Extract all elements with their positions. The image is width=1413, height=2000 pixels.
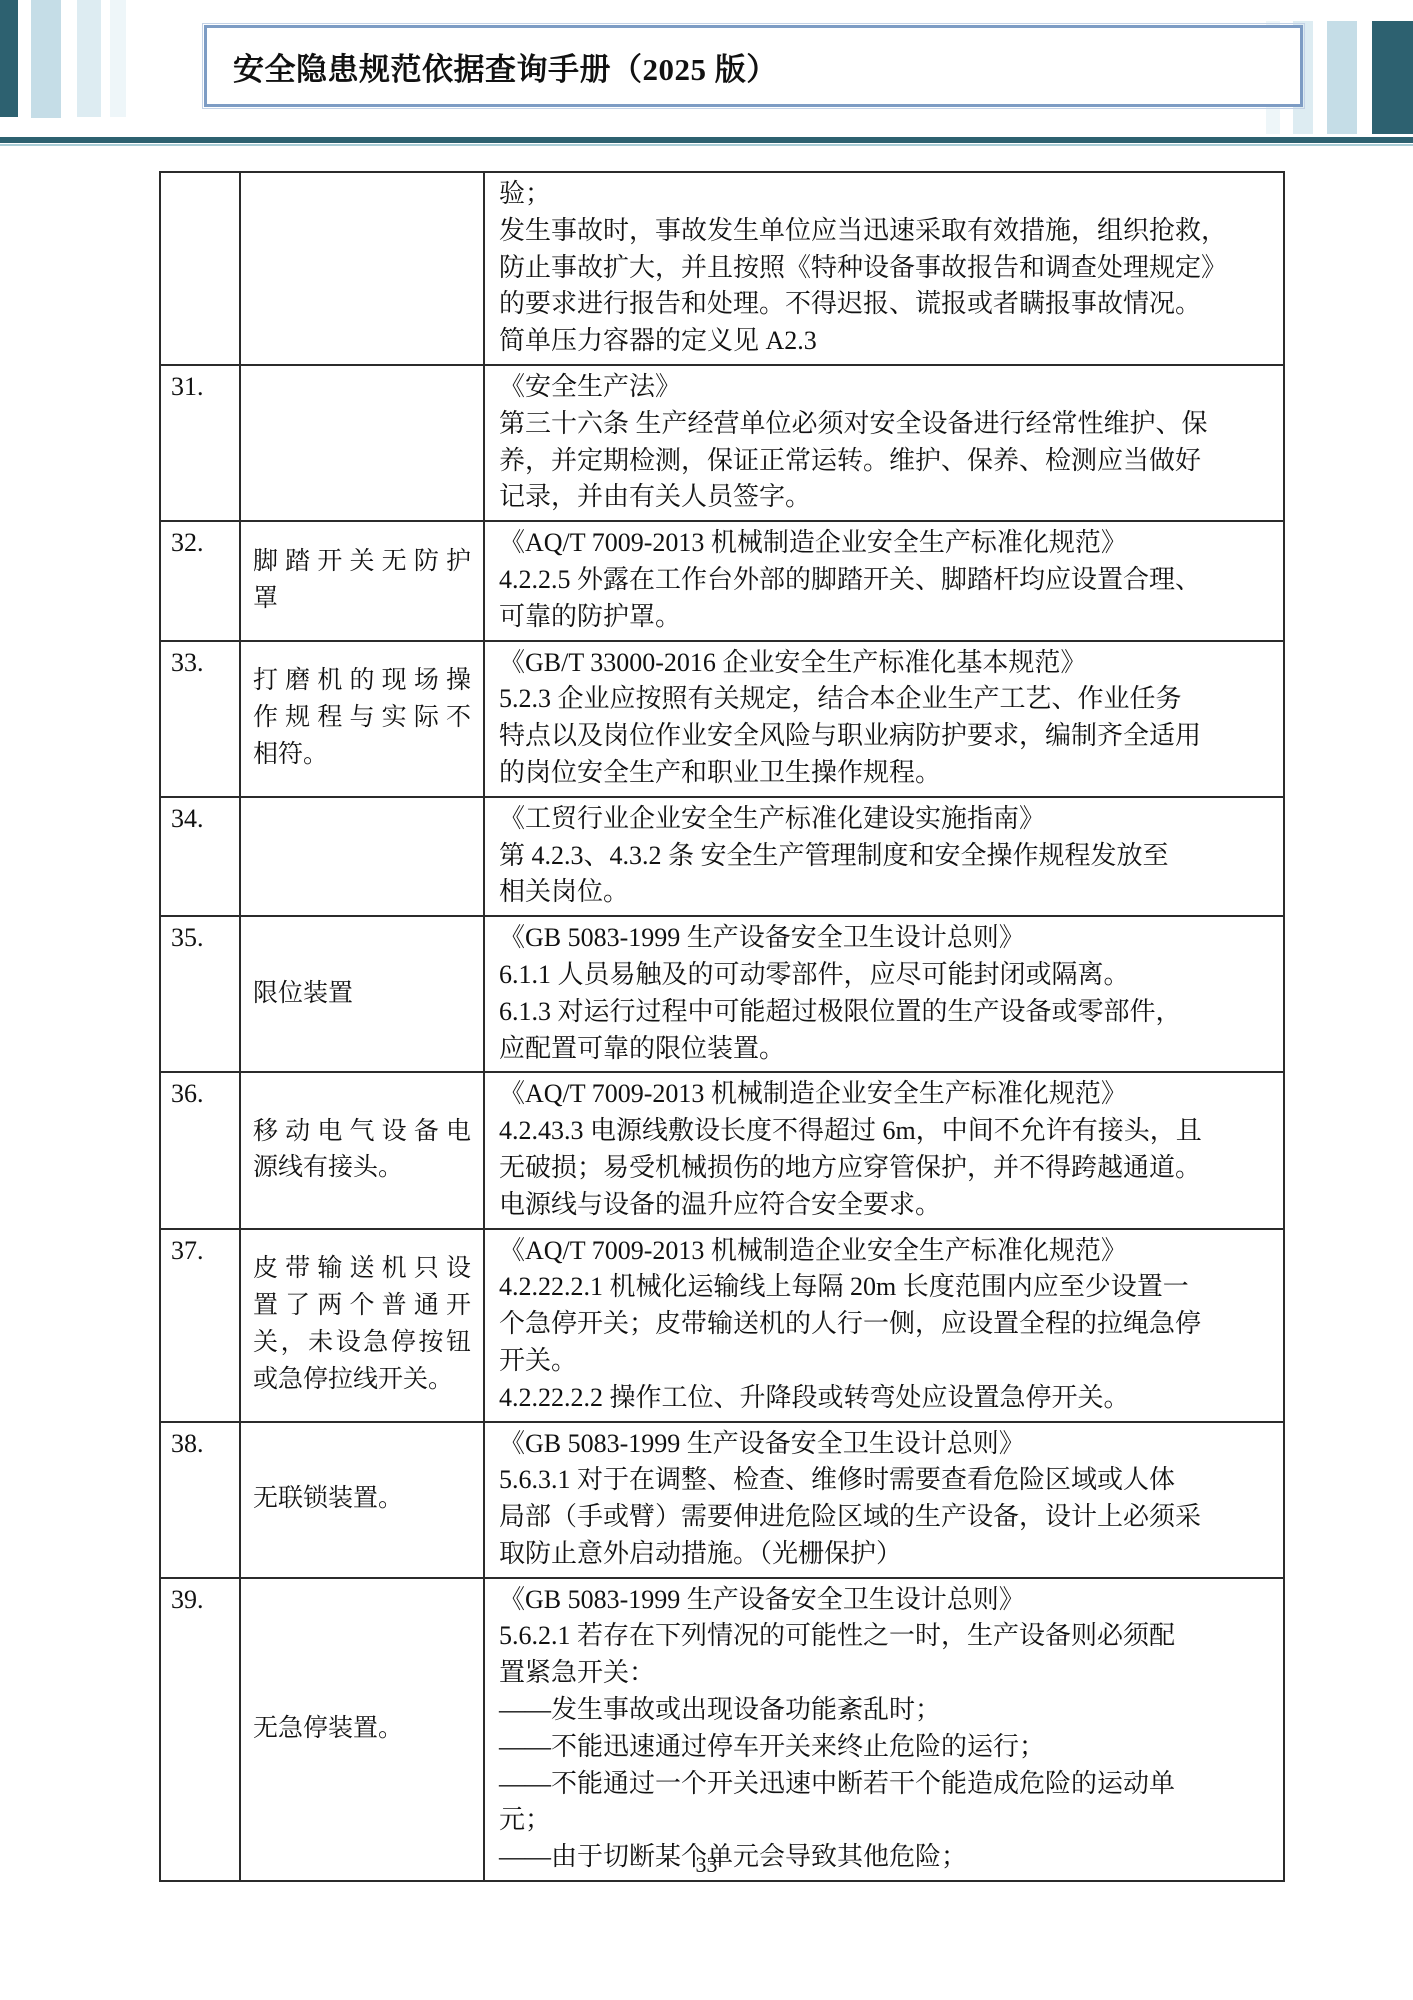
document-page: { "header": { "title": "安全隐患规范依据查询手册（202… <box>0 0 1413 2000</box>
citation-cell: 验；发生事故时，事故发生单位应当迅速采取有效措施，组织抢救，防止事故扩大，并且按… <box>485 173 1283 364</box>
citation-line: 发生事故时，事故发生单位应当迅速采取有效措施，组织抢救， <box>499 213 1275 250</box>
page-title: 安全隐患规范依据查询手册（2025 版） <box>233 44 778 89</box>
citation-line: 个急停开关；皮带输送机的人行一侧，应设置全程的拉绳急停 <box>499 1306 1275 1343</box>
citation-line: 记录，并由有关人员签字。 <box>499 479 1275 516</box>
regulation-table: 验；发生事故时，事故发生单位应当迅速采取有效措施，组织抢救，防止事故扩大，并且按… <box>159 171 1285 1882</box>
header-rule <box>0 137 1413 143</box>
citation-cell: 《AQ/T 7009-2013 机械制造企业安全生产标准化规范》4.2.2.5 … <box>485 522 1283 639</box>
citation-line: 第三十六条 生产经营单位必须对安全设备进行经常性维护、保 <box>499 406 1275 443</box>
citation-line: 4.2.2.5 外露在工作台外部的脚踏开关、脚踏杆均应设置合理、 <box>499 562 1275 599</box>
citation-line: 无破损；易受机械损伤的地方应穿管保护，并不得跨越通道。 <box>499 1150 1275 1187</box>
row-number: 39. <box>161 1579 241 1880</box>
table-row: 32. 脚踏开关无防护罩 《AQ/T 7009-2013 机械制造企业安全生产标… <box>161 520 1283 639</box>
table-row: 33. 打磨机的现场操作规程与实际不相符。 《GB/T 33000-2016 企… <box>161 640 1283 796</box>
citation-line: 4.2.22.2.1 机械化运输线上每隔 20m 长度范围内应至少设置一 <box>499 1269 1275 1306</box>
table-row: 31. 《安全生产法》第三十六条 生产经营单位必须对安全设备进行经常性维护、保养… <box>161 364 1283 520</box>
table-row: 36. 移动电气设备电源线有接头。 《AQ/T 7009-2013 机械制造企业… <box>161 1071 1283 1227</box>
table-row: 验；发生事故时，事故发生单位应当迅速采取有效措施，组织抢救，防止事故扩大，并且按… <box>161 173 1283 364</box>
row-number: 38. <box>161 1423 241 1577</box>
hazard-cell <box>241 798 485 915</box>
citation-line: 《安全生产法》 <box>499 369 1275 406</box>
row-number <box>161 173 241 364</box>
citation-line: 5.6.3.1 对于在调整、检查、维修时需要查看危险区域或人体 <box>499 1462 1275 1499</box>
citation-line: 取防止意外启动措施。（光栅保护） <box>499 1536 1275 1573</box>
hazard-line: 皮带输送机只设 <box>253 1251 471 1288</box>
citation-line: 相关岗位。 <box>499 874 1275 911</box>
citation-line: 防止事故扩大，并且按照《特种设备事故报告和调查处理规定》 <box>499 250 1275 287</box>
decor-bar-dark <box>1372 21 1413 134</box>
citation-line: 《AQ/T 7009-2013 机械制造企业安全生产标准化规范》 <box>499 1076 1275 1113</box>
citation-line: 《AQ/T 7009-2013 机械制造企业安全生产标准化规范》 <box>499 525 1275 562</box>
citation-line: 的岗位安全生产和职业卫生操作规程。 <box>499 755 1275 792</box>
hazard-line: 关，未设急停按钮 <box>253 1325 471 1362</box>
table-row: 37. 皮带输送机只设置了两个普通开关，未设急停按钮或急停拉线开关。 《AQ/T… <box>161 1228 1283 1421</box>
citation-line: 《GB 5083-1999 生产设备安全卫生设计总则》 <box>499 920 1275 957</box>
hazard-line: 移动电气设备电 <box>253 1114 471 1151</box>
citation-line: 4.2.22.2.2 操作工位、升降段或转弯处应设置急停开关。 <box>499 1380 1275 1417</box>
hazard-line: 无急停装置。 <box>253 1711 471 1748</box>
hazard-line: 源线有接头。 <box>253 1150 471 1187</box>
citation-cell: 《AQ/T 7009-2013 机械制造企业安全生产标准化规范》4.2.22.2… <box>485 1230 1283 1421</box>
citation-line: 6.1.1 人员易触及的可动零部件，应尽可能封闭或隔离。 <box>499 957 1275 994</box>
citation-line: 《GB/T 33000-2016 企业安全生产标准化基本规范》 <box>499 645 1275 682</box>
citation-line: 第 4.2.3、4.3.2 条 安全生产管理制度和安全操作规程发放至 <box>499 838 1275 875</box>
table-row: 39. 无急停装置。 《GB 5083-1999 生产设备安全卫生设计总则》5.… <box>161 1577 1283 1880</box>
hazard-cell <box>241 173 485 364</box>
citation-line: 特点以及岗位作业安全风险与职业病防护要求，编制齐全适用 <box>499 718 1275 755</box>
decor-bar-light <box>1327 21 1357 134</box>
hazard-line: 脚踏开关无防护 <box>253 544 471 581</box>
citation-line: 《工贸行业企业安全生产标准化建设实施指南》 <box>499 801 1275 838</box>
table-row: 34. 《工贸行业企业安全生产标准化建设实施指南》第 4.2.3、4.3.2 条… <box>161 796 1283 915</box>
header-rule-accent <box>0 144 1413 146</box>
row-number: 34. <box>161 798 241 915</box>
citation-cell: 《工贸行业企业安全生产标准化建设实施指南》第 4.2.3、4.3.2 条 安全生… <box>485 798 1283 915</box>
citation-cell: 《GB/T 33000-2016 企业安全生产标准化基本规范》5.2.3 企业应… <box>485 642 1283 796</box>
citation-line: ——不能迅速通过停车开关来终止危险的运行； <box>499 1729 1275 1766</box>
decor-bar-palest <box>110 0 126 117</box>
hazard-cell: 限位装置 <box>241 917 485 1071</box>
decor-bar-dark <box>0 0 18 117</box>
table-row: 35. 限位装置 《GB 5083-1999 生产设备安全卫生设计总则》6.1.… <box>161 915 1283 1071</box>
hazard-line: 作规程与实际不 <box>253 700 471 737</box>
title-box: 安全隐患规范依据查询手册（2025 版） <box>204 25 1303 107</box>
citation-line: 局部（手或臂）需要伸进危险区域的生产设备，设计上必须采 <box>499 1499 1275 1536</box>
citation-line: 电源线与设备的温升应符合安全要求。 <box>499 1187 1275 1224</box>
citation-line: 应配置可靠的限位装置。 <box>499 1031 1275 1068</box>
citation-line: 4.2.43.3 电源线敷设长度不得超过 6m，中间不允许有接头，且 <box>499 1113 1275 1150</box>
hazard-line: 限位装置 <box>253 976 471 1013</box>
citation-cell: 《安全生产法》第三十六条 生产经营单位必须对安全设备进行经常性维护、保养，并定期… <box>485 366 1283 520</box>
row-number: 31. <box>161 366 241 520</box>
citation-line: 验； <box>499 176 1275 213</box>
hazard-cell: 皮带输送机只设置了两个普通开关，未设急停按钮或急停拉线开关。 <box>241 1230 485 1421</box>
citation-line: 6.1.3 对运行过程中可能超过极限位置的生产设备或零部件， <box>499 994 1275 1031</box>
citation-line: 的要求进行报告和处理。不得迟报、谎报或者瞒报事故情况。 <box>499 286 1275 323</box>
table-row: 38. 无联锁装置。 《GB 5083-1999 生产设备安全卫生设计总则》5.… <box>161 1421 1283 1577</box>
citation-line: ——发生事故或出现设备功能紊乱时； <box>499 1692 1275 1729</box>
citation-line: 《GB 5083-1999 生产设备安全卫生设计总则》 <box>499 1426 1275 1463</box>
citation-line: 简单压力容器的定义见 A2.3 <box>499 323 1275 360</box>
hazard-cell <box>241 366 485 520</box>
hazard-line: 打磨机的现场操 <box>253 663 471 700</box>
citation-line: ——不能通过一个开关迅速中断若干个能造成危险的运动单 <box>499 1766 1275 1803</box>
decor-bar-pale <box>77 0 101 117</box>
hazard-cell: 脚踏开关无防护罩 <box>241 522 485 639</box>
citation-line: 5.2.3 企业应按照有关规定，结合本企业生产工艺、作业任务 <box>499 681 1275 718</box>
hazard-cell: 无联锁装置。 <box>241 1423 485 1577</box>
row-number: 37. <box>161 1230 241 1421</box>
hazard-line: 相符。 <box>253 737 471 774</box>
hazard-line: 置了两个普通开 <box>253 1288 471 1325</box>
hazard-line: 或急停拉线开关。 <box>253 1362 471 1399</box>
hazard-cell: 移动电气设备电源线有接头。 <box>241 1073 485 1227</box>
row-number: 32. <box>161 522 241 639</box>
citation-line: 养，并定期检测，保证正常运转。维护、保养、检测应当做好 <box>499 443 1275 480</box>
citation-cell: 《GB 5083-1999 生产设备安全卫生设计总则》6.1.1 人员易触及的可… <box>485 917 1283 1071</box>
hazard-line: 罩 <box>253 581 471 618</box>
decor-bar-light <box>31 0 61 118</box>
citation-line: 开关。 <box>499 1343 1275 1380</box>
citation-line: 《AQ/T 7009-2013 机械制造企业安全生产标准化规范》 <box>499 1233 1275 1270</box>
hazard-cell: 无急停装置。 <box>241 1579 485 1880</box>
citation-line: 《GB 5083-1999 生产设备安全卫生设计总则》 <box>499 1582 1275 1619</box>
citation-cell: 《AQ/T 7009-2013 机械制造企业安全生产标准化规范》4.2.43.3… <box>485 1073 1283 1227</box>
row-number: 36. <box>161 1073 241 1227</box>
citation-line: 可靠的防护罩。 <box>499 599 1275 636</box>
hazard-line: 无联锁装置。 <box>253 1481 471 1518</box>
hazard-cell: 打磨机的现场操作规程与实际不相符。 <box>241 642 485 796</box>
citation-line: 5.6.2.1 若存在下列情况的可能性之一时，生产设备则必须配 <box>499 1618 1275 1655</box>
citation-line: 元； <box>499 1802 1275 1839</box>
page-number: 33 <box>0 1852 1413 1878</box>
row-number: 35. <box>161 917 241 1071</box>
citation-cell: 《GB 5083-1999 生产设备安全卫生设计总则》5.6.3.1 对于在调整… <box>485 1423 1283 1577</box>
citation-line: 置紧急开关： <box>499 1655 1275 1692</box>
citation-cell: 《GB 5083-1999 生产设备安全卫生设计总则》5.6.2.1 若存在下列… <box>485 1579 1283 1880</box>
row-number: 33. <box>161 642 241 796</box>
